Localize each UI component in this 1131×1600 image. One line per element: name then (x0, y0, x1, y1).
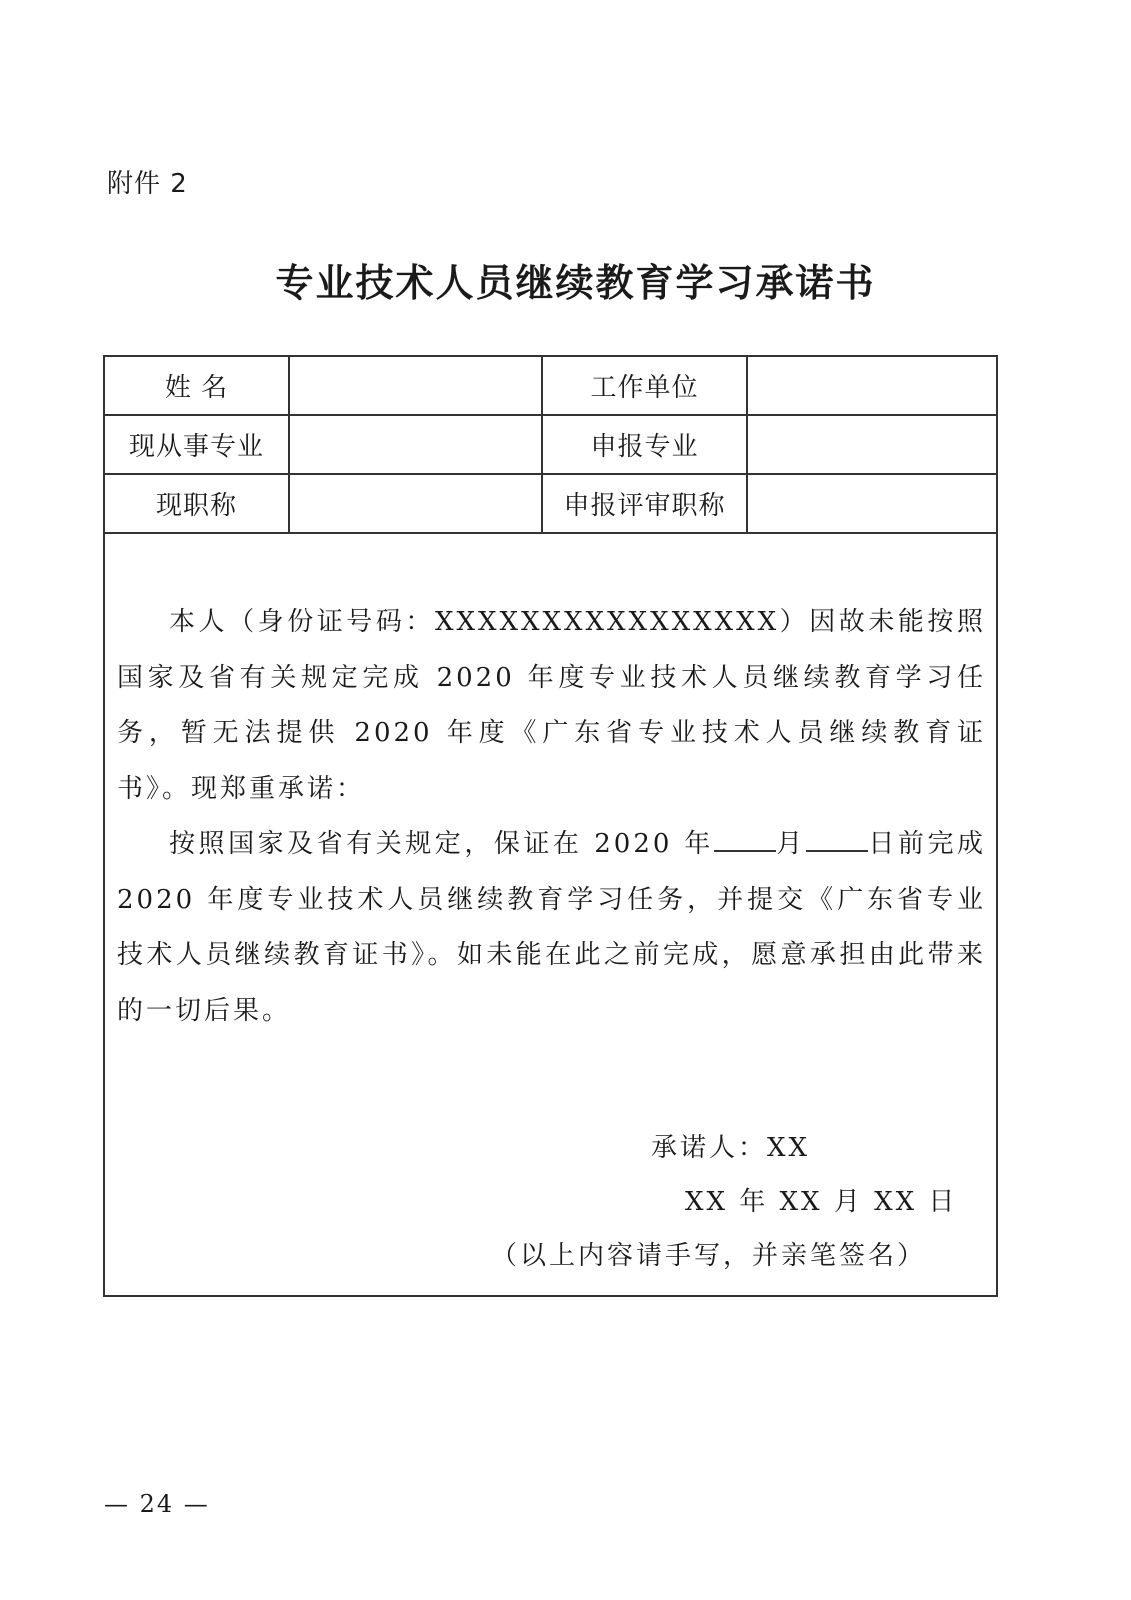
commitment-form: 姓 名 工作单位 现从事专业 申报专业 现职称 申报评审职称 本人（身份证号码：… (103, 355, 998, 1297)
label-name: 姓 名 (105, 357, 289, 415)
day-blank[interactable] (806, 828, 868, 852)
month-unit: 月 (776, 829, 806, 859)
field-employer[interactable] (747, 357, 996, 415)
page-number: — 24 — (104, 1490, 210, 1518)
table-row: 现从事专业 申报专业 (105, 415, 996, 474)
label-employer: 工作单位 (542, 357, 747, 415)
handwriting-note: （以上内容请手写，并亲笔签名） (491, 1235, 926, 1272)
applicant-info-table: 姓 名 工作单位 现从事专业 申报专业 现职称 申报评审职称 (105, 357, 996, 534)
statement-paragraph-1: 本人（身份证号码：XXXXXXXXXXXXXXXX）因故未能按照国家及省有关规定… (117, 595, 986, 817)
label-current-specialty: 现从事专业 (105, 415, 289, 474)
promisor-signature: 承诺人：XX (651, 1127, 810, 1164)
statement-paragraph-2: 按照国家及省有关规定，保证在 2020 年月日前完成 2020 年度专业技术人员… (117, 817, 986, 1039)
table-row: 姓 名 工作单位 (105, 357, 996, 415)
table-row: 现职称 申报评审职称 (105, 474, 996, 533)
field-name[interactable] (289, 357, 542, 415)
field-current-specialty[interactable] (289, 415, 542, 474)
statement-p2-start: 按照国家及省有关规定，保证在 2020 年 (169, 829, 714, 859)
label-applied-specialty: 申报专业 (542, 415, 747, 474)
attachment-label: 附件 2 (107, 163, 188, 200)
label-current-title: 现职称 (105, 474, 289, 533)
month-blank[interactable] (714, 828, 776, 852)
label-applied-title: 申报评审职称 (542, 474, 747, 533)
field-applied-title[interactable] (747, 474, 996, 533)
field-applied-specialty[interactable] (747, 415, 996, 474)
field-current-title[interactable] (289, 474, 542, 533)
document-title: 专业技术人员继续教育学习承诺书 (0, 252, 1131, 307)
signature-date: XX 年 XX 月 XX 日 (685, 1181, 957, 1218)
commitment-statement: 本人（身份证号码：XXXXXXXXXXXXXXXX）因故未能按照国家及省有关规定… (117, 595, 986, 1039)
